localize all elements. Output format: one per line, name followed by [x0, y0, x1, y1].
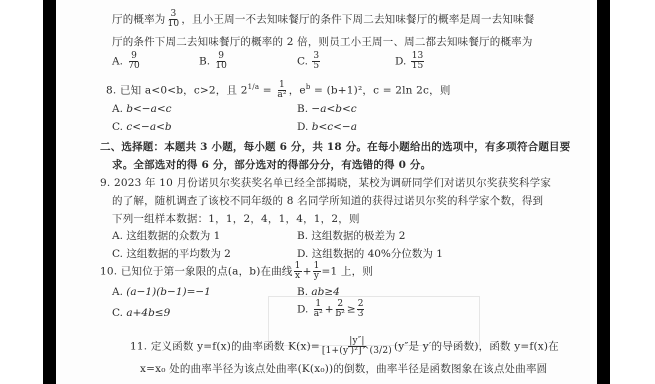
option-label: B.: [297, 103, 308, 115]
left-black-border: [43, 0, 56, 384]
q9-option-c[interactable]: C. 这组数据的平均数为 2: [112, 247, 231, 261]
fraction: 1y: [313, 262, 321, 281]
option-text: b<−a<c: [126, 103, 171, 115]
exponent: 1/a: [248, 83, 260, 91]
denominator: 5: [312, 62, 320, 71]
option-label: B.: [199, 56, 210, 68]
denominator: a²: [276, 91, 287, 100]
q11-text: (y″是 y′的导函数)，函数 y=f(x)在: [394, 341, 559, 353]
q8-text: ，e: [289, 85, 306, 97]
denominator: 10: [167, 20, 181, 29]
option-label: C.: [297, 56, 308, 68]
q10-text: =1 上，则: [322, 266, 374, 278]
q9-option-a[interactable]: A. 这组数据的众数为 1: [112, 229, 220, 243]
option-text: c<−a<b: [126, 121, 171, 133]
denominator: a²: [313, 310, 324, 319]
q11-stem: 11. 定义函数 y=f(x)的曲率函数 K(x)=|y″|[1+(y′)²]^…: [130, 337, 559, 356]
option-label: C.: [112, 121, 123, 133]
q9-line1: 9. 2023 年 10 月份诺贝尔奖获奖名单已经全部揭晓，某校为调研同学们对诺…: [100, 176, 551, 190]
q8-option-b[interactable]: B. −a<b<c: [297, 102, 357, 116]
q8-option-a[interactable]: A. b<−a<c: [112, 102, 172, 116]
option-label: D.: [297, 248, 308, 260]
q9-option-d[interactable]: D. 这组数据的 40%分位数为 1: [297, 247, 443, 261]
q7-option-d[interactable]: D. 1315: [395, 52, 425, 71]
q10-option-b[interactable]: B. ab≥4: [297, 285, 340, 299]
right-black-border: [597, 0, 610, 384]
option-label: A.: [112, 103, 123, 115]
fraction: 1a²: [276, 81, 287, 100]
option-label: B.: [297, 230, 308, 242]
fraction: 1a²: [313, 300, 324, 319]
q9-option-b[interactable]: B. 这组数据的极差为 2: [297, 229, 405, 243]
q7-option-a[interactable]: A. 970: [112, 52, 142, 71]
plus: +: [325, 304, 334, 316]
q7-text: ，且小王周一不去知味餐厅的条件下周二去知味餐厅的概率是周一去知味餐: [181, 14, 534, 26]
section2-heading-line2: 求。全部选对的得 6 分，部分选对的得部分分，有选错的得 0 分。: [112, 158, 431, 172]
q9-line3: 下列一组样本数据：1，1，2，4，1，4，1，2，则: [112, 212, 360, 226]
section2-heading-line1: 二、选择题：本题共 3 小题，每小题 6 分，共 18 分。在每小题给出的选项中…: [100, 140, 570, 154]
denominator: 70: [127, 62, 140, 71]
option-label: A.: [112, 56, 123, 68]
fraction: 23: [357, 300, 365, 319]
fraction: 1x: [294, 262, 302, 281]
q10-stem: 10. 已知位于第一象限的点(a，b)在曲线1x+1y=1 上，则: [100, 262, 373, 281]
relation: ≥: [347, 304, 356, 316]
q10-text: 10. 已知位于第一象限的点(a，b)在曲线: [100, 266, 293, 278]
q8-text: 8. 已知 a<0<b，c>2，且 2: [106, 85, 248, 97]
fraction: 310: [167, 10, 181, 29]
fraction: 35: [312, 52, 320, 71]
denominator: y: [313, 272, 320, 281]
denominator: 15: [411, 62, 424, 71]
denominator: b²: [335, 310, 346, 319]
option-label: A.: [112, 230, 123, 242]
equals: =: [259, 85, 275, 97]
fraction: 2b²: [335, 300, 346, 319]
fraction: 970: [127, 52, 140, 71]
option-label: A.: [112, 286, 123, 298]
denominator: 3: [357, 310, 365, 319]
q7-option-b[interactable]: B. 910: [199, 52, 229, 71]
q8-option-d[interactable]: D. b<c<−a: [297, 120, 357, 134]
q11-text: 11. 定义函数 y=f(x)的曲率函数 K(x)=: [130, 341, 320, 353]
option-text: 这组数据的极差为 2: [311, 230, 405, 242]
option-text: a+4b≤9: [126, 307, 170, 319]
denominator: 10: [214, 62, 227, 71]
option-label: D.: [395, 56, 406, 68]
option-label: D.: [297, 304, 308, 316]
q8-text: = (b+1)²，c = 2ln 2c，则: [311, 85, 451, 97]
option-text: 这组数据的 40%分位数为 1: [312, 248, 443, 260]
q11-line2: x=x₀ 处的曲率半径为该点处曲率(K(x₀))的倒数，曲率半径是函数图象在该点…: [140, 362, 547, 376]
q10-option-c[interactable]: C. a+4b≤9: [112, 306, 170, 320]
option-text: ab≥4: [311, 286, 339, 298]
option-label: C.: [112, 248, 123, 260]
q9-line2: 的了解，随机调查了该校不同年级的 8 名同学所知道的获得过诺贝尔奖的科学家个数，…: [112, 194, 543, 208]
denominator: [1+(y′)²]^(3/2): [321, 347, 393, 356]
q7-text: 厅的概率为: [112, 14, 166, 26]
option-text: (a−1)(b−1)=−1: [126, 286, 211, 298]
fraction: |y″|[1+(y′)²]^(3/2): [321, 337, 393, 356]
exam-page: 厅的概率为310，且小王周一不去知味餐厅的条件下周二去知味餐厅的概率是周一去知味…: [56, 0, 597, 384]
fraction: 910: [214, 52, 227, 71]
q7-option-c[interactable]: C. 35: [297, 52, 321, 71]
plus: +: [303, 266, 312, 278]
q8-stem: 8. 已知 a<0<b，c>2，且 21/a = 1a²，eb = (b+1)²…: [106, 80, 451, 100]
option-text: 这组数据的众数为 1: [126, 230, 220, 242]
option-label: D.: [297, 121, 308, 133]
q8-option-c[interactable]: C. c<−a<b: [112, 120, 172, 134]
denominator: x: [294, 272, 301, 281]
q7-line2: 厅的条件下周二去知味餐厅的概率的 2 倍，则员工小王周一、周二都去知味餐厅的概率…: [112, 35, 533, 49]
option-label: C.: [112, 307, 123, 319]
q10-option-d[interactable]: D. 1a²+2b²≥23: [297, 300, 365, 319]
q7-line1: 厅的概率为310，且小王周一不去知味餐厅的条件下周二去知味餐厅的概率是周一去知味…: [112, 10, 534, 29]
option-text: −a<b<c: [311, 103, 356, 115]
fraction: 1315: [411, 52, 424, 71]
option-text: 这组数据的平均数为 2: [126, 248, 231, 260]
option-label: B.: [297, 286, 308, 298]
q10-option-a[interactable]: A. (a−1)(b−1)=−1: [112, 285, 211, 299]
option-text: b<c<−a: [312, 121, 357, 133]
